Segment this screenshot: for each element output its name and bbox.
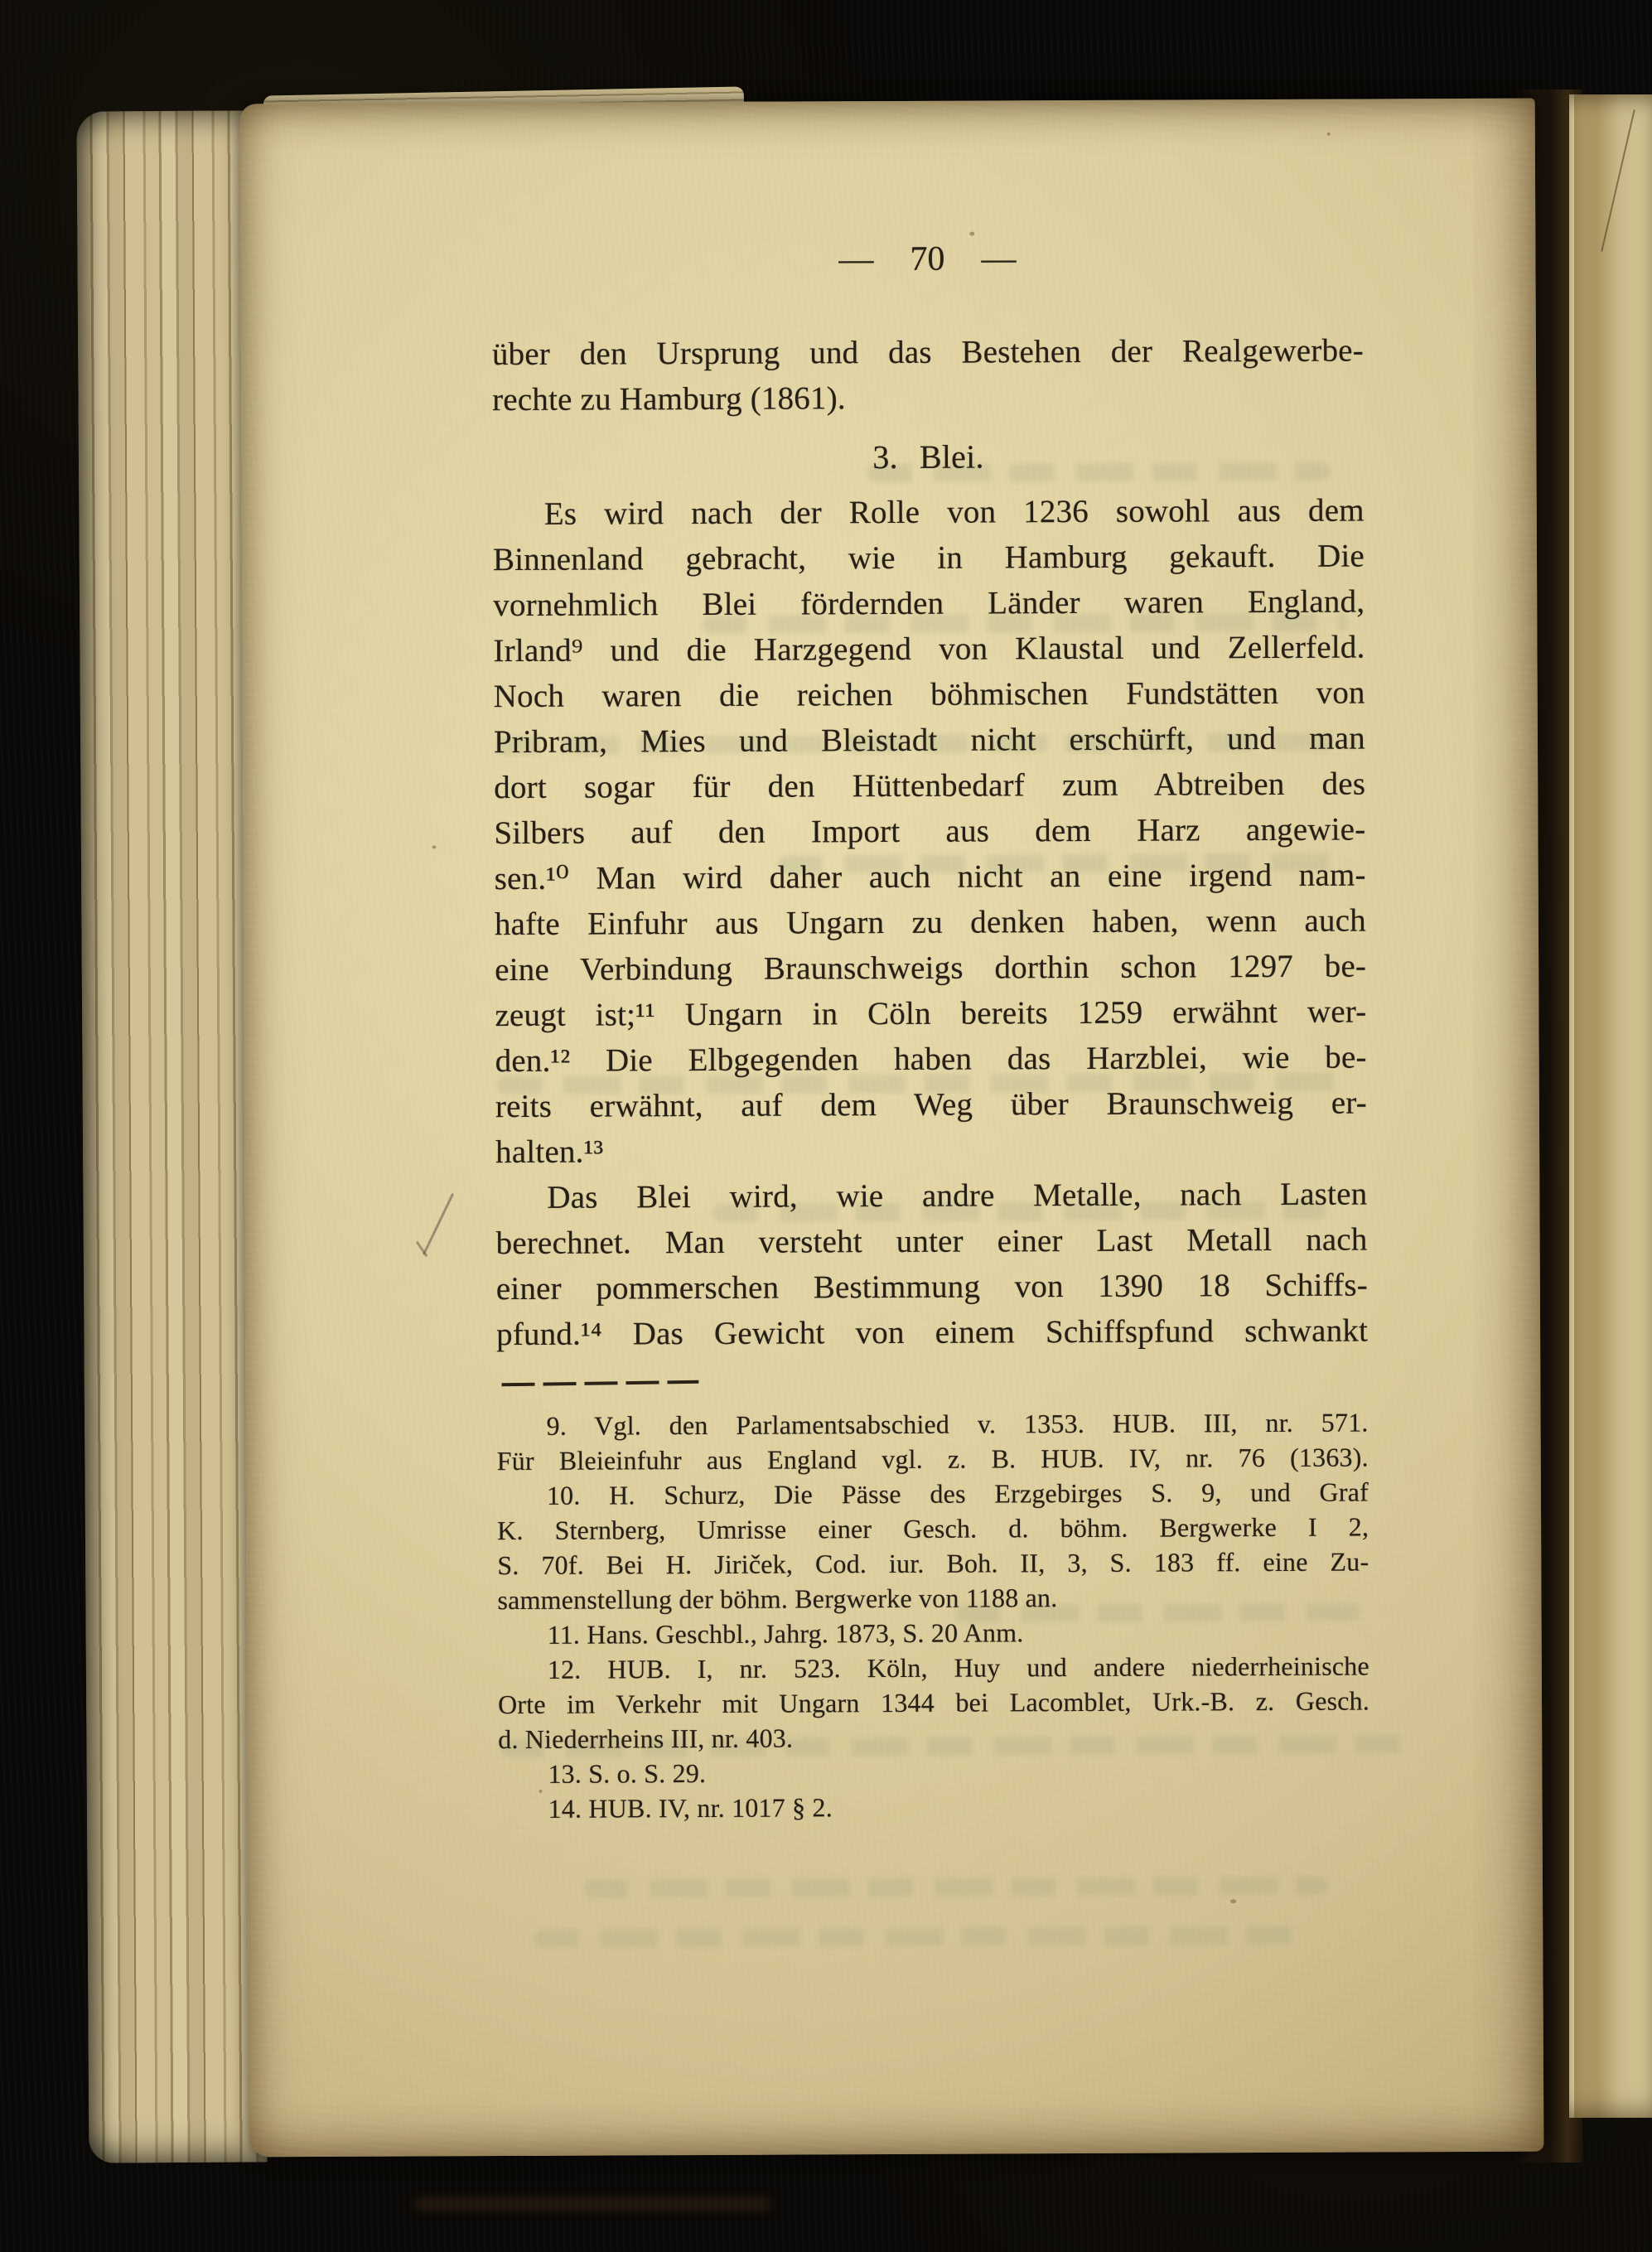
section-heading: 3. Blei. (492, 433, 1364, 482)
book-scan: — 70 — über den Ursprung und das Bestehe… (0, 0, 1652, 2252)
text-line: über den Ursprung und das Bestehen der R… (492, 328, 1364, 378)
footnote-line: d. Niederrheins III, nr. 403. (498, 1718, 1369, 1757)
text-line: reits erwähnt, auf dem Weg über Braunsch… (495, 1080, 1367, 1129)
facing-page-sliver (1569, 94, 1652, 2118)
text-line: den.¹² Die Elbgegenden haben das Harzble… (495, 1034, 1367, 1084)
header-dash-left: — (838, 240, 873, 278)
text-line: halten.¹³ (495, 1125, 1367, 1175)
page-number: 70 (910, 240, 944, 278)
text-line: Binnenland gebracht, wie in Hamburg geka… (493, 534, 1365, 583)
header-dash-right: — (981, 239, 1016, 278)
text-line: hafte Einfuhr aus Ungarn zu denken haben… (495, 898, 1366, 948)
footnote-line: sammenstellung der böhm. Bergwerke von 1… (497, 1578, 1369, 1617)
margin-checkmark (423, 1193, 454, 1255)
text-line: berechnet. Man versteht unter einer Last… (495, 1216, 1367, 1266)
footnote-line: 11. Hans. Geschbl., Jahrg. 1873, S. 20 A… (498, 1613, 1369, 1652)
footnote-line: Orte im Verkehr mit Ungarn 1344 bei Laco… (498, 1683, 1369, 1722)
page-stack-edges-left (76, 110, 267, 2163)
text-line: einer pommerschen Bestimmung von 1390 18… (496, 1262, 1368, 1312)
footnote-line: 13. S. o. S. 29. (498, 1752, 1369, 1791)
footnote-line: S. 70f. Bei H. Jiriček, Cod. iur. Boh. I… (497, 1544, 1369, 1583)
footnote-line: 10. H. Schurz, Die Pässe des Erzgebirges… (497, 1474, 1369, 1513)
text-line: Es wird nach der Rolle von 1236 sowohl a… (493, 488, 1365, 538)
text-line: dort sogar für den Hüttenbedarf zum Abtr… (494, 761, 1365, 811)
showthrough-ghost (583, 1877, 1329, 1898)
footnotes: 9. Vgl. den Parlamentsabschied v. 1353. … (496, 1404, 1369, 1826)
footnote-line: 12. HUB. I, nr. 523. Köln, Huy und ander… (498, 1648, 1369, 1687)
showthrough-ghost (534, 1926, 1296, 1948)
text-line: Pribram, Mies und Bleistadt nicht erschü… (494, 716, 1365, 766)
text-line: pfund.¹⁴ Das Gewicht von einem Schiffspf… (496, 1307, 1368, 1357)
text-block: über den Ursprung und das Bestehen der R… (492, 328, 1370, 1827)
text-line: Noch waren die reichen böhmischen Fundst… (494, 670, 1365, 720)
footnote-line: Für Bleieinfuhr aus England vgl. z. B. H… (497, 1439, 1369, 1478)
footnote-line: 14. HUB. IV, nr. 1017 § 2. (498, 1787, 1369, 1826)
paper-speck (969, 232, 974, 236)
paper-speck (1230, 1899, 1236, 1903)
paper-speck (1327, 133, 1331, 136)
text-line: Silbers auf den Import aus dem Harz ange… (494, 807, 1365, 857)
facing-page-crease (1601, 109, 1635, 252)
text-line: vornehmlich Blei fördernden Länder waren… (493, 579, 1365, 629)
book-page: — 70 — über den Ursprung und das Bestehe… (240, 99, 1544, 2158)
text-line: Das Blei wird, wie andre Metalle, nach L… (495, 1171, 1367, 1220)
text-line: Irland⁹ und die Harzgegend von Klaustal … (493, 625, 1365, 674)
text-line: rechte zu Hamburg (1861). (492, 374, 1364, 423)
footnote-line: 9. Vgl. den Parlamentsabschied v. 1353. … (496, 1404, 1368, 1443)
footnote-line: K. Sternberg, Umrisse einer Gesch. d. bö… (497, 1509, 1369, 1548)
text-line: zeugt ist;¹¹ Ungarn in Cöln bereits 1259… (495, 988, 1366, 1038)
page-header: — 70 — (491, 239, 1363, 281)
paper-speck (432, 845, 437, 848)
binding-shadow-smudge (414, 2197, 770, 2211)
text-line: eine Verbindung Braunschweigs dorthin sc… (495, 943, 1366, 993)
paper-speck (539, 1790, 542, 1793)
footnote-separator (501, 1380, 698, 1387)
text-line: sen.¹⁰ Man wird daher auch nicht an eine… (495, 853, 1366, 902)
